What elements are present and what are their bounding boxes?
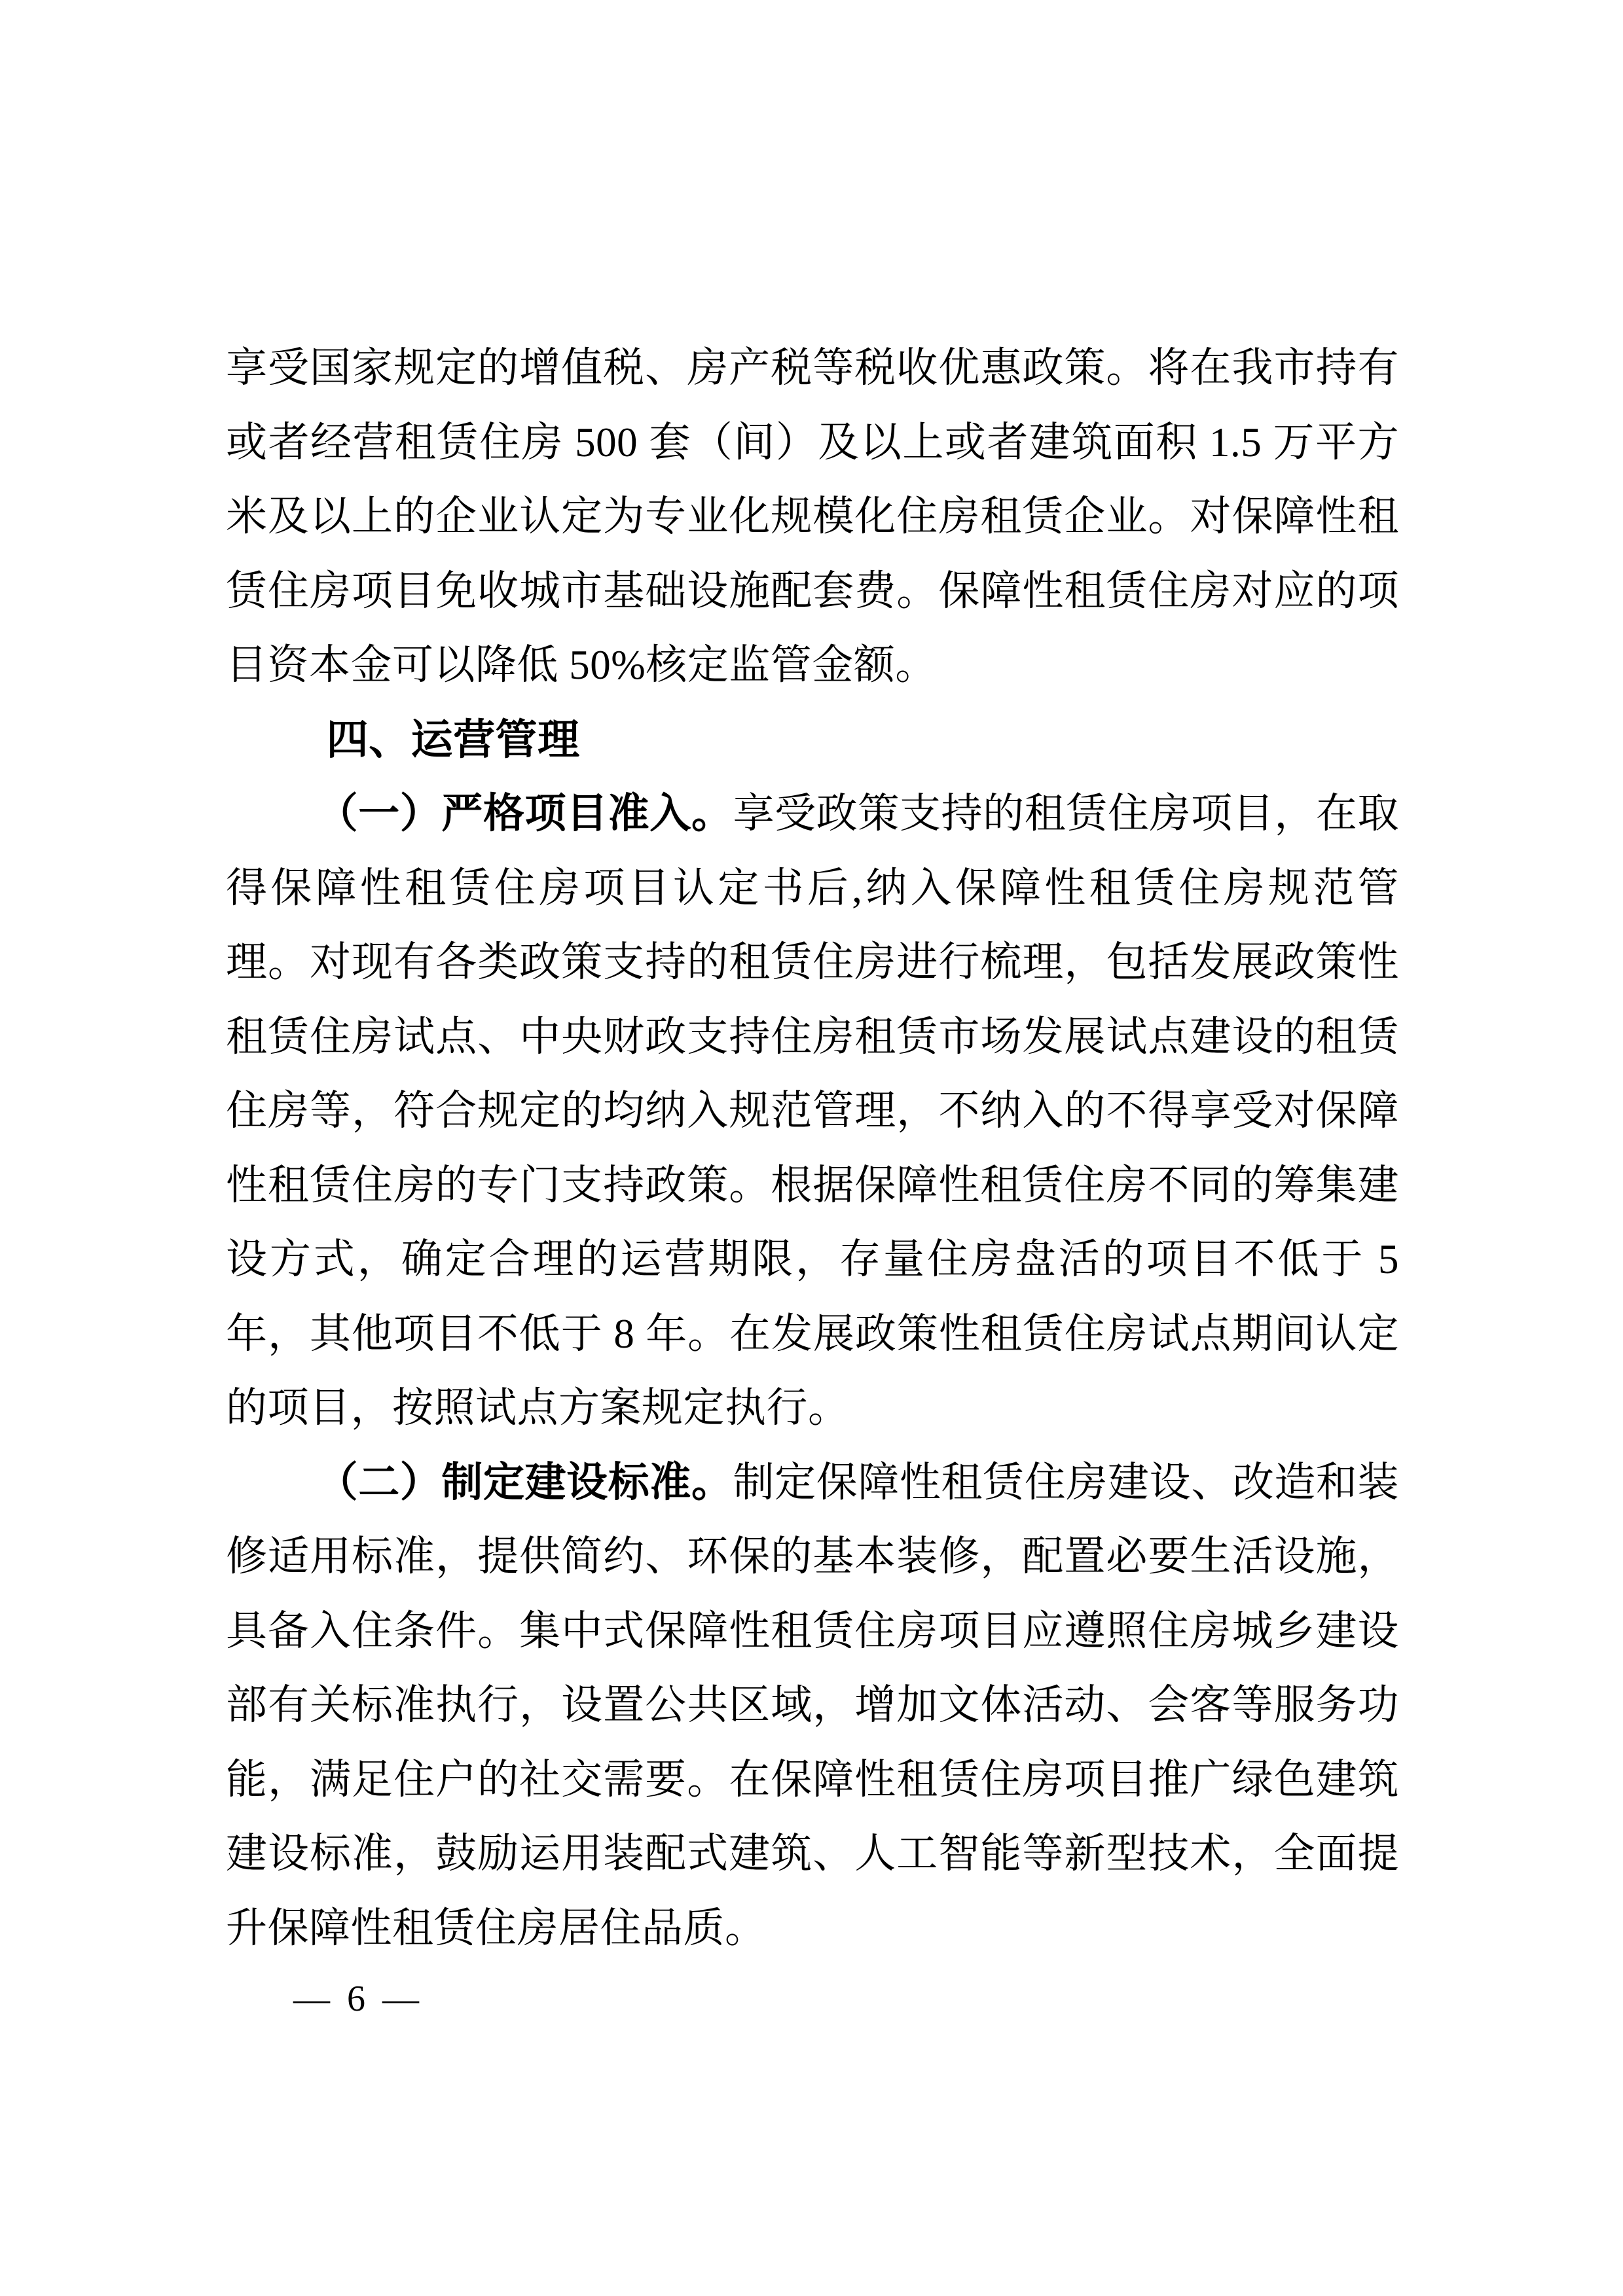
document-page: 享受国家规定的增值税、房产税等税收优惠政策。将在我市持有或者经营租赁住房 500… — [0, 0, 1623, 2296]
clause-two-text: 制定保障性租赁住房建设、改造和装修适用标准，提供简约、环保的基本装修，配置必要生… — [226, 1460, 1399, 1951]
footer-dash-left: — — [293, 1979, 330, 2019]
document-body: 享受国家规定的增值税、房产税等税收优惠政策。将在我市持有或者经营租赁住房 500… — [226, 331, 1399, 1965]
clause-one-text: 享受政策支持的租赁住房项目，在取得保障性租赁住房项目认定书后,纳入保障性租赁住房… — [226, 791, 1399, 1431]
page-number: 6 — [347, 1979, 365, 2019]
paragraph-tax-incentives-text: 享受国家规定的增值税、房产税等税收优惠政策。将在我市持有或者经营租赁住房 500… — [226, 345, 1399, 688]
section-heading-operations-management: 四、运营管理 — [226, 703, 1399, 778]
paragraph-clause-two-construction-standards: （二）制定建设标准。制定保障性租赁住房建设、改造和装修适用标准，提供简约、环保的… — [226, 1446, 1399, 1966]
clause-two-lead: （二）制定建设标准。 — [317, 1460, 733, 1505]
footer-dash-right: — — [382, 1979, 419, 2019]
page-footer: —6— — [293, 1978, 419, 2020]
paragraph-tax-incentives: 享受国家规定的增值税、房产税等税收优惠政策。将在我市持有或者经营租赁住房 500… — [226, 331, 1399, 703]
paragraph-clause-one-project-entry: （一）严格项目准入。享受政策支持的租赁住房项目，在取得保障性租赁住房项目认定书后… — [226, 777, 1399, 1446]
clause-one-lead: （一）严格项目准入。 — [317, 791, 733, 836]
